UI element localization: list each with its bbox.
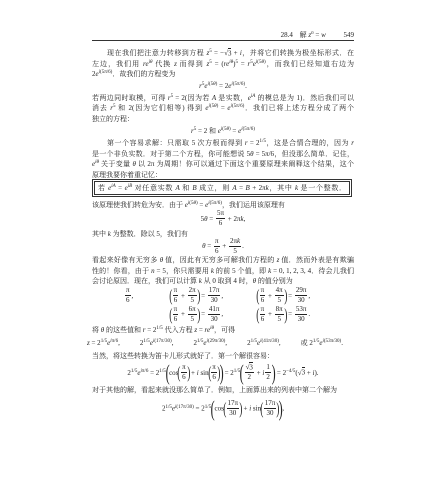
denominator: 30 [298, 315, 305, 323]
display-equation: r5 = 2 和 ei(5θ) = ei(5π/6) [92, 124, 354, 138]
theta-values-row: π6, (π6 + 2π5) = 17π30, (π6 + 4π5) = 29π… [92, 287, 354, 305]
display-equation: 5θ = 5π6 + 2πk, [92, 210, 354, 229]
superscript: i(5π/6) [231, 82, 245, 87]
math-variable: i [207, 339, 208, 344]
superscript: 5 [209, 60, 212, 65]
math-variable: A [176, 184, 180, 192]
header-rule [92, 40, 354, 41]
math-variable: B [192, 184, 196, 192]
math-variable: iθ [149, 60, 153, 65]
math-variable: θ [160, 256, 163, 264]
display-equation: 21/5ei(17π/30) = 21/5(cos(17π30) + i sin… [92, 398, 354, 419]
denominator: 6 [174, 315, 178, 323]
math-variable: θ [132, 160, 135, 168]
denominator: 30 [211, 315, 218, 323]
math-variable: i [256, 60, 257, 65]
fraction: √32 [245, 364, 254, 381]
fraction: 17π30 [264, 400, 277, 417]
denominator: 6 [261, 296, 265, 304]
radicand: 3 [249, 362, 253, 372]
superscript: 5 [209, 49, 212, 54]
denominator: 2 [247, 373, 251, 381]
math-variable: θ [204, 215, 207, 223]
paragraph-line: 对于其他的解，看起来就没那么简单了．例如，上面算出来的列表中第二个解为 [92, 385, 354, 396]
math-variable: i [208, 82, 209, 87]
fraction: 29π30 [295, 287, 308, 304]
denominator: 6 [261, 315, 265, 323]
numerator: π [125, 287, 131, 296]
math-variable: k [295, 184, 298, 192]
denominator: 6 [219, 219, 223, 227]
z-solution: 或 21/5ei(53π/30). [301, 338, 343, 349]
big-delimiter: ( [223, 400, 226, 417]
superscript: i(17π/30) [153, 339, 172, 344]
superscript: i(17π/30) [175, 405, 194, 410]
math-variable: i [99, 70, 100, 75]
theta-value: π6, [124, 287, 133, 305]
superscript: i(5θ) [208, 82, 218, 87]
big-delimiter: ( [169, 287, 172, 304]
math-variable: i [322, 339, 323, 344]
superscript: i(5θ) [188, 201, 198, 206]
superscript: −4/5 [286, 369, 295, 374]
math-variable: k [108, 230, 111, 238]
paragraph-line: 若两边同时取模，可得 r5 = 2(因为若 A 是实数，eiA 的模总是为 1)… [92, 93, 354, 104]
paragraph-line: eiθ 关于变量 θ 以 2π 为周期！你可以通过下面这个重要原理来阐释这个结果… [92, 159, 354, 170]
numerator: 2π [188, 287, 197, 296]
fraction: 41π30 [208, 306, 221, 323]
fraction: π6 [260, 287, 266, 304]
numerator: 1 [265, 364, 271, 373]
superscript: i(41π/30) [260, 339, 279, 344]
z-solution: z = 21/5eiπ/6, [87, 338, 120, 349]
math-variable: w [321, 31, 326, 39]
fraction: π6 [214, 238, 220, 255]
superscript: 5 [171, 94, 174, 99]
numerator: 17π [264, 400, 277, 409]
theorem-box: 若 eiA = eiB 对任意实数 A 和 B 成立，则 A = B + 2πk… [92, 179, 352, 197]
theta-value: (π6 + 8π5) = 53π30. [257, 305, 310, 323]
superscript: 5 [113, 104, 116, 109]
math-variable: iθ [210, 326, 214, 331]
big-delimiter: ) [219, 362, 223, 384]
fraction: 12 [265, 364, 271, 381]
superscript: iB [128, 184, 132, 189]
big-delimiter: ( [260, 400, 263, 417]
math-variable: i [249, 404, 251, 412]
math-variable: θ [202, 242, 205, 250]
math-variable: i [208, 201, 209, 206]
display-equation: 21/5eiπ/6 = 21/5(cos(π6) + i sin(π6)) = … [92, 362, 354, 385]
fraction: 6π5 [188, 306, 197, 323]
math-variable: A [232, 184, 236, 192]
math-variable: iθ [95, 160, 99, 165]
superscript: i(5π/6) [241, 127, 255, 132]
big-delimiter: ) [284, 306, 287, 323]
fraction: π6 [181, 364, 187, 381]
page-number: 549 [344, 31, 355, 39]
denominator: 5 [190, 315, 194, 323]
display-equation: r5ei(5θ) = 2ei(5π/6). [92, 80, 354, 93]
numerator: π [214, 238, 220, 247]
superscript: i(29π/30) [207, 339, 226, 344]
denominator: 6 [174, 296, 178, 304]
superscript: iθ [229, 60, 233, 65]
superscript: i(5θ) [221, 127, 231, 132]
math-variable: i [140, 369, 141, 374]
math-variable: B [246, 184, 250, 192]
fraction: 53π30 [295, 306, 308, 323]
math-variable: θ [253, 277, 256, 285]
math-variable: i [240, 49, 242, 57]
fraction: π6 [125, 287, 131, 304]
big-delimiter: ( [178, 364, 181, 381]
fraction: π6 [260, 306, 266, 323]
denominator: 5 [190, 296, 194, 304]
superscript: 1/5 [251, 339, 257, 344]
superscript: 5 [194, 127, 197, 132]
paragraph-line: 是一个非负实数．对于第二个方程，你可能想说 5θ = 5π/6，但没那么简单．记… [92, 149, 354, 160]
superscript: 1/5 [156, 326, 162, 331]
superscript: iA [111, 184, 115, 189]
superscript: 1/5 [131, 369, 137, 374]
superscript: 1/5 [165, 405, 171, 410]
math-variable: i [188, 201, 189, 206]
big-delimiter: ) [187, 364, 190, 381]
superscript: 1/5 [197, 339, 203, 344]
math-variable: k [211, 267, 214, 275]
paragraph-line: 看起来好像有无穷多 θ 值，因此有无穷多可解我们方程的 z 值．然而外表是有欺骗 [92, 255, 354, 266]
numerator: 6π [188, 306, 197, 315]
big-delimiter: ( [256, 306, 259, 323]
numerator: π [181, 364, 187, 373]
big-delimiter: ) [197, 306, 200, 323]
math-variable: θ [214, 104, 216, 109]
math-variable: n [151, 267, 155, 275]
math-variable: k [241, 215, 244, 223]
math-variable: iθ [229, 60, 233, 65]
math-variable: k [268, 267, 271, 275]
paragraph-line: 消去 r5 和 2(因为它们相等) 得到 ei(5θ) = ei(5π/6)．我… [92, 103, 354, 114]
fraction: π6 [173, 287, 179, 304]
math-variable: z [277, 256, 280, 264]
denominator: 30 [267, 409, 274, 417]
numerator: 41π [208, 306, 221, 315]
denominator: 6 [182, 373, 186, 381]
theta-value: (π6 + 2π5) = 17π30, [170, 287, 223, 305]
big-delimiter: ( [240, 362, 244, 384]
math-variable: iB [128, 184, 132, 189]
math-variable: i [175, 405, 176, 410]
math-variable: i [260, 339, 261, 344]
z-solution: 21/5ei(17π/30), [140, 338, 174, 349]
big-delimiter: ( [208, 364, 211, 381]
denominator: 2 [266, 373, 270, 381]
math-variable: i [221, 127, 222, 132]
fraction: 17π30 [227, 400, 240, 417]
superscript: i(5θ) [209, 104, 219, 109]
superscript: 1/5 [313, 339, 319, 344]
superscript: i(53π/30) [322, 339, 341, 344]
numerator: 53π [295, 306, 308, 315]
big-delimiter: ) [197, 287, 200, 304]
math-variable: z [194, 326, 197, 334]
denominator: 5 [277, 296, 281, 304]
superscript: iθ [210, 326, 214, 331]
numerator: π [260, 287, 266, 296]
big-delimiter: ( [256, 287, 259, 304]
numerator: π [260, 306, 266, 315]
math-variable: i [231, 104, 232, 109]
big-delimiter: ) [271, 362, 275, 384]
big-delimiter: ) [284, 287, 287, 304]
theta-value: (π6 + 6π5) = 41π30, [170, 305, 223, 323]
fraction: 5π6 [216, 210, 225, 227]
z-solution: 21/5ei(41π/30), [247, 338, 281, 349]
math-variable: i [262, 369, 264, 377]
math-variable: i [197, 369, 199, 377]
paragraph-line: 会讨论原因．现在，我们可以计算 k 从 0 取到 4 时，θ 的值分别为 [92, 276, 354, 287]
math-variable: r [245, 139, 248, 147]
superscript: 1/5 [260, 139, 266, 144]
math-variable: A [212, 94, 216, 102]
page-content: 28.4 解 zn = w 549 现在我们把注意力转移到方程 z5 = −√3… [92, 0, 354, 480]
fraction: 2πk5 [229, 238, 241, 255]
numerator: 2πk [229, 238, 241, 247]
math-variable: k [266, 184, 269, 192]
math-variable: i [231, 82, 232, 87]
math-variable: i [153, 339, 154, 344]
running-header: 28.4 解 zn = w 549 [92, 31, 354, 40]
math-variable: r [351, 139, 354, 147]
denominator: 5 [277, 315, 281, 323]
big-delimiter: ( [211, 398, 215, 420]
radicand: 3 [228, 48, 232, 57]
math-variable: k [199, 277, 202, 285]
math-variable: z [87, 339, 90, 347]
math-variable: θ [250, 150, 253, 158]
denominator: 30 [229, 409, 236, 417]
superscript: iπ/6 [140, 369, 148, 374]
math-variable: θ [213, 82, 215, 87]
denominator: 6 [212, 373, 216, 381]
fraction: π6 [173, 306, 179, 323]
math-variable: n [311, 31, 314, 36]
fraction: 8π5 [275, 306, 284, 323]
paragraph-line: 现在我们把注意力转移到方程 z5 = −√3 + i，并将它们转换为极坐标形式．… [92, 48, 354, 59]
display-equation: θ = π6 + 2πk5. [92, 238, 354, 255]
math-variable: θ [226, 127, 228, 132]
superscript: 5 [250, 60, 253, 65]
denominator: 5 [233, 247, 237, 255]
fraction: 4π5 [275, 287, 284, 304]
math-variable: θ [101, 326, 104, 334]
big-delimiter: ( [169, 306, 172, 323]
superscript: i(5π/6) [231, 104, 245, 109]
math-variable: i [209, 104, 210, 109]
z-solutions-list: z = 21/5eiπ/6, 21/5ei(17π/30), 21/5ei(29… [87, 338, 343, 349]
denominator: 30 [298, 296, 305, 304]
math-variable: θ [193, 201, 195, 206]
section-title: 解 zn = w [300, 31, 326, 39]
superscript: n [311, 31, 314, 36]
superscript: iπ/6 [110, 339, 118, 344]
denominator: 6 [215, 247, 219, 255]
superscript: 1/5 [143, 339, 149, 344]
math-variable: i [241, 127, 242, 132]
z-solution: 21/5ei(29π/30), [193, 338, 227, 349]
superscript: iA [251, 94, 255, 99]
numerator: 4π [275, 287, 284, 296]
numerator: 17π [227, 400, 240, 409]
denominator: 30 [211, 296, 218, 304]
numerator: π [211, 364, 217, 373]
math-variable: iA [251, 94, 255, 99]
superscript: iθ [149, 60, 153, 65]
math-variable: i [110, 339, 111, 344]
math-variable: k [237, 237, 240, 245]
superscript: i(5π/6) [99, 70, 113, 75]
numerator: 29π [295, 287, 308, 296]
radicand: 3 [302, 367, 306, 377]
superscript: iθ [95, 160, 99, 165]
paragraph-line: 左边，我们用 reiθ 代换 z 而得到 z5 = (reiθ)5 = r5ei… [92, 59, 354, 70]
big-delimiter: ( [165, 362, 169, 384]
numerator: π [173, 306, 179, 315]
paragraph-line: 将 θ 的这些值和 r = 21/5 代入方程 z = reiθ，可得 [92, 325, 354, 336]
numerator: √3 [245, 364, 254, 373]
big-delimiter: ) [239, 400, 242, 417]
numerator: 5π [216, 210, 225, 219]
math-variable: z [174, 60, 177, 68]
big-delimiter: ) [279, 398, 283, 420]
fraction: π6 [211, 364, 217, 381]
paragraph-line: 性的！你看，由于 n = 5，你只需要用 k 的前 5 个值，即 k = 0, … [92, 266, 354, 277]
superscript: 1/5 [101, 339, 107, 344]
numerator: 8π [275, 306, 284, 315]
paragraph-line: 2ei(5π/6)．故我们的方程变为 [92, 69, 354, 80]
paragraph-line: 独立的方程： [92, 114, 354, 125]
superscript: i(5π/6) [208, 201, 222, 206]
theta-values-row: (π6 + 6π5) = 41π30, (π6 + 8π5) = 53π30. [92, 305, 354, 323]
section-number: 28.4 [281, 31, 293, 39]
superscript: i(5θ) [256, 60, 266, 65]
numerator: π [173, 287, 179, 296]
superscript: 5 [235, 60, 238, 65]
math-variable: θ [261, 60, 263, 65]
theta-value: (π6 + 4π5) = 29π30, [257, 287, 310, 305]
fraction: 17π30 [208, 287, 221, 304]
math-variable: iA [111, 184, 115, 189]
math-variable: i [313, 369, 315, 377]
math-variable: r [143, 326, 146, 334]
numerator: 17π [208, 287, 221, 296]
paragraph-line: 第一个容易求解：只需取 5 次方根而得到 r = 21/5，这是合情合理的，因为… [92, 138, 354, 149]
fraction: 2π5 [188, 287, 197, 304]
denominator: 6 [126, 296, 130, 304]
